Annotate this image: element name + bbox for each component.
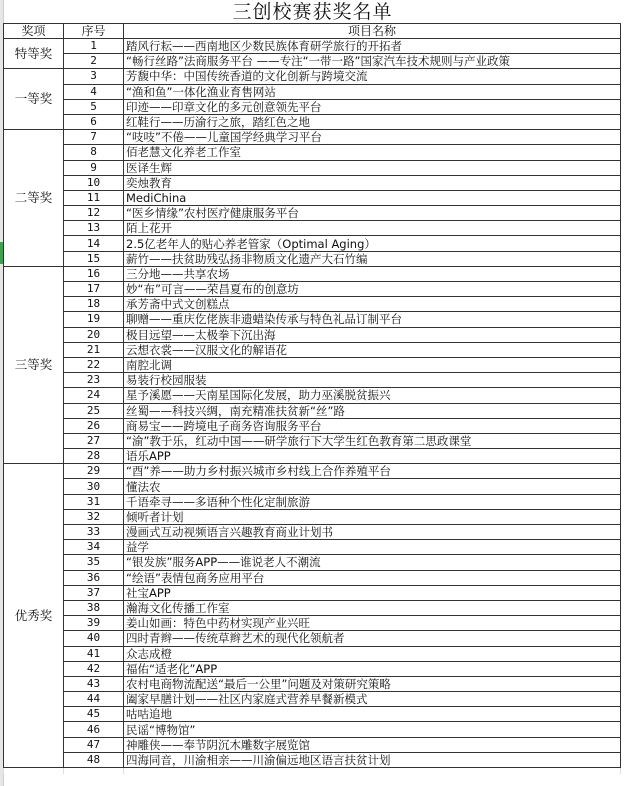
project-name-cell[interactable]: “绘语”表情包商务应用平台 xyxy=(124,570,621,585)
empty-cell[interactable] xyxy=(64,768,124,775)
seq-cell[interactable]: 40 xyxy=(64,631,124,646)
project-name-cell[interactable]: 南腔北调 xyxy=(124,357,621,372)
seq-cell[interactable]: 30 xyxy=(64,479,124,494)
table-row: 38瀚海文化传播工作室 xyxy=(4,600,621,615)
seq-cell[interactable]: 41 xyxy=(64,646,124,661)
table-row: 15薪竹——扶贫助残弘扬非物质文化遗产大石竹编 xyxy=(4,251,621,266)
seq-cell[interactable]: 37 xyxy=(64,585,124,600)
seq-cell[interactable]: 25 xyxy=(64,403,124,418)
seq-cell[interactable]: 33 xyxy=(64,525,124,540)
table-row: 48四海同音，川渝相亲——川渝偏远地区语言扶贫计划 xyxy=(4,752,621,767)
project-name-cell[interactable]: 2.5亿老年人的贴心养老管家（Optimal Aging） xyxy=(124,236,621,251)
project-name-cell[interactable]: “畅行丝路”法商服务平台 ——专注“一带一路”国家汽车技术规则与产业政策 xyxy=(124,54,621,69)
seq-cell[interactable]: 34 xyxy=(64,540,124,555)
seq-cell[interactable]: 6 xyxy=(64,114,124,129)
award-cell[interactable]: 三等奖 xyxy=(4,266,64,463)
table-row: 34益学 xyxy=(4,540,621,555)
seq-cell[interactable]: 32 xyxy=(64,509,124,524)
project-name-cell[interactable]: 千语牵寻——多语种个性化定制旅游 xyxy=(124,494,621,509)
seq-cell[interactable]: 8 xyxy=(64,145,124,160)
table-row: 17妙“布”可言——荣昌夏布的创意坊 xyxy=(4,282,621,297)
seq-cell[interactable]: 2 xyxy=(64,54,124,69)
empty-cell[interactable] xyxy=(4,768,64,775)
table-header-row: 奖项 序号 项目名称 xyxy=(4,24,621,39)
project-name-cell[interactable]: 三分地——共享农场 xyxy=(124,266,621,281)
table-row: 11MediChina xyxy=(4,190,621,205)
table-row: 27“渝”教于乐，红动中国——研学旅行下大学生红色教育第二思政课堂 xyxy=(4,433,621,448)
table-row: 2“畅行丝路”法商服务平台 ——专注“一带一路”国家汽车技术规则与产业政策 xyxy=(4,54,621,69)
table-row: 39姜山如画：特色中药材实现产业兴旺 xyxy=(4,616,621,631)
seq-cell[interactable]: 9 xyxy=(64,160,124,175)
table-row: 40四时青辫——传统草辫艺术的现代化领航者 xyxy=(4,631,621,646)
project-name-cell[interactable]: 农村电商物流配送“最后一公里”问题及对策研究策略 xyxy=(124,676,621,691)
seq-cell[interactable]: 23 xyxy=(64,373,124,388)
empty-cell[interactable] xyxy=(124,768,621,775)
project-name-cell[interactable]: 印迹——印章文化的多元创意领先平台 xyxy=(124,99,621,114)
project-name-cell[interactable]: “吱吱”不倦——儿童国学经典学习平台 xyxy=(124,130,621,145)
table-row: 30懂法农 xyxy=(4,479,621,494)
table-row: 二等奖7“吱吱”不倦——儿童国学经典学习平台 xyxy=(4,130,621,145)
project-name-cell[interactable]: “渔和鱼”一体化渔业育售网站 xyxy=(124,84,621,99)
empty-row xyxy=(4,768,621,775)
project-name-cell[interactable]: 极目远望——太极拳下沉出海 xyxy=(124,327,621,342)
project-name-cell[interactable]: 芳馥中华：中国传统香道的文化创新与跨境交流 xyxy=(124,69,621,84)
project-name-cell[interactable]: 咕咕追地 xyxy=(124,707,621,722)
project-name-cell[interactable]: “银发族”服务APP——谁说老人不潮流 xyxy=(124,555,621,570)
project-name-cell[interactable]: 语乐APP xyxy=(124,449,621,464)
project-name-cell[interactable]: 星予溪愿——天南星国际化发展，助力巫溪脱贫振兴 xyxy=(124,388,621,403)
table-row: 优秀奖29“酉”养——助力乡村振兴城市乡村线上合作养殖平台 xyxy=(4,464,621,479)
seq-cell[interactable]: 7 xyxy=(64,130,124,145)
project-name-cell[interactable]: 易装行校园服装 xyxy=(124,373,621,388)
table-row: 特等奖1踏风行耘——西南地区少数民族体育研学旅行的开拓者 xyxy=(4,39,621,54)
project-name-cell[interactable]: “酉”养——助力乡村振兴城市乡村线上合作养殖平台 xyxy=(124,464,621,479)
table-row: 45咕咕追地 xyxy=(4,707,621,722)
seq-cell[interactable]: 45 xyxy=(64,707,124,722)
seq-cell[interactable]: 44 xyxy=(64,692,124,707)
project-name-cell[interactable]: 四时青辫——传统草辫艺术的现代化领航者 xyxy=(124,631,621,646)
seq-cell[interactable]: 3 xyxy=(64,69,124,84)
project-name-cell[interactable]: 社宝APP xyxy=(124,585,621,600)
seq-cell[interactable]: 27 xyxy=(64,433,124,448)
header-award[interactable]: 奖项 xyxy=(4,24,64,39)
seq-cell[interactable]: 31 xyxy=(64,494,124,509)
award-cell[interactable]: 二等奖 xyxy=(4,130,64,267)
project-name-cell[interactable]: 医译生辉 xyxy=(124,160,621,175)
seq-cell[interactable]: 47 xyxy=(64,737,124,752)
seq-cell[interactable]: 43 xyxy=(64,676,124,691)
table-row: 一等奖3芳馥中华：中国传统香道的文化创新与跨境交流 xyxy=(4,69,621,84)
table-row: 4“渔和鱼”一体化渔业育售网站 xyxy=(4,84,621,99)
table-row: 9医译生辉 xyxy=(4,160,621,175)
seq-cell[interactable]: 1 xyxy=(64,39,124,54)
project-name-cell[interactable]: 姜山如画：特色中药材实现产业兴旺 xyxy=(124,616,621,631)
table-row: 142.5亿老年人的贴心养老管家（Optimal Aging） xyxy=(4,236,621,251)
seq-cell[interactable]: 39 xyxy=(64,616,124,631)
table-row: 23易装行校园服装 xyxy=(4,373,621,388)
seq-cell[interactable]: 12 xyxy=(64,206,124,221)
table-row: 32倾听者计划 xyxy=(4,509,621,524)
seq-cell[interactable]: 18 xyxy=(64,297,124,312)
table-row: 37社宝APP xyxy=(4,585,621,600)
table-row: 13陌上花开 xyxy=(4,221,621,236)
table-row: 42福佑“适老化”APP xyxy=(4,661,621,676)
project-name-cell[interactable]: 福佑“适老化”APP xyxy=(124,661,621,676)
table-row: 12“医乡情缘”农村医疗健康服务平台 xyxy=(4,206,621,221)
project-name-cell[interactable]: 懂法农 xyxy=(124,479,621,494)
project-name-cell[interactable]: 民谣“博物馆” xyxy=(124,722,621,737)
table-row: 36“绘语”表情包商务应用平台 xyxy=(4,570,621,585)
seq-cell[interactable]: 38 xyxy=(64,600,124,615)
seq-cell[interactable]: 5 xyxy=(64,99,124,114)
project-name-cell[interactable]: 佰老慧文化养老工作室 xyxy=(124,145,621,160)
project-name-cell[interactable]: 聊赠——重庆仡佬族非遗蜡染传承与特色礼品订制平台 xyxy=(124,312,621,327)
project-name-cell[interactable]: 阖家早膳计划——社区内家庭式营养早餐新模式 xyxy=(124,692,621,707)
seq-cell[interactable]: 16 xyxy=(64,266,124,281)
project-name-cell[interactable]: 倾听者计划 xyxy=(124,509,621,524)
project-name-cell[interactable]: MediChina xyxy=(124,190,621,205)
project-name-cell[interactable]: 妙“布”可言——荣昌夏布的创意坊 xyxy=(124,282,621,297)
project-name-cell[interactable]: “渝”教于乐，红动中国——研学旅行下大学生红色教育第二思政课堂 xyxy=(124,433,621,448)
table-row: 33漫画式互动视频语言兴趣教育商业计划书 xyxy=(4,525,621,540)
project-name-cell[interactable]: 薪竹——扶贫助残弘扬非物质文化遗产大石竹编 xyxy=(124,251,621,266)
seq-cell[interactable]: 36 xyxy=(64,570,124,585)
seq-cell[interactable]: 10 xyxy=(64,175,124,190)
project-name-cell[interactable]: 丝蜀——科技兴绸，南充精准扶贫新“丝”路 xyxy=(124,403,621,418)
seq-cell[interactable]: 26 xyxy=(64,418,124,433)
table-row: 18承芳斋中式文创糕点 xyxy=(4,297,621,312)
table-row: 24星予溪愿——天南星国际化发展，助力巫溪脱贫振兴 xyxy=(4,388,621,403)
table-row: 31千语牵寻——多语种个性化定制旅游 xyxy=(4,494,621,509)
seq-cell[interactable]: 29 xyxy=(64,464,124,479)
project-name-cell[interactable]: 瀚海文化传播工作室 xyxy=(124,600,621,615)
project-name-cell[interactable]: 众志成橙 xyxy=(124,646,621,661)
table-row: 6红鞋行——历渝行之旅，踏红色之地 xyxy=(4,114,621,129)
seq-cell[interactable]: 24 xyxy=(64,388,124,403)
seq-cell[interactable]: 21 xyxy=(64,342,124,357)
table-row: 26商易宝——跨境电子商务咨询服务平台 xyxy=(4,418,621,433)
project-name-cell[interactable]: 漫画式互动视频语言兴趣教育商业计划书 xyxy=(124,525,621,540)
award-cell[interactable]: 一等奖 xyxy=(4,69,64,130)
table-row: 41众志成橙 xyxy=(4,646,621,661)
table-row: 8佰老慧文化养老工作室 xyxy=(4,145,621,160)
project-name-cell[interactable]: 益学 xyxy=(124,540,621,555)
table-row: 21云想衣裳——汉服文化的解语花 xyxy=(4,342,621,357)
seq-cell[interactable]: 20 xyxy=(64,327,124,342)
header-seq[interactable]: 序号 xyxy=(64,24,124,39)
page-title: 三创校赛获奖名单 xyxy=(0,0,625,23)
table-row: 22南腔北调 xyxy=(4,357,621,372)
table-row: 5印迹——印章文化的多元创意领先平台 xyxy=(4,99,621,114)
table-row: 46民谣“博物馆” xyxy=(4,722,621,737)
table-body: 特等奖1踏风行耘——西南地区少数民族体育研学旅行的开拓者2“畅行丝路”法商服务平… xyxy=(4,39,621,775)
award-cell[interactable]: 优秀奖 xyxy=(4,464,64,768)
header-name[interactable]: 项目名称 xyxy=(124,24,621,39)
seq-cell[interactable]: 11 xyxy=(64,190,124,205)
table-row: 44阖家早膳计划——社区内家庭式营养早餐新模式 xyxy=(4,692,621,707)
seq-cell[interactable]: 35 xyxy=(64,555,124,570)
seq-cell[interactable]: 13 xyxy=(64,221,124,236)
seq-cell[interactable]: 14 xyxy=(64,236,124,251)
table-row: 20极目远望——太极拳下沉出海 xyxy=(4,327,621,342)
seq-cell[interactable]: 28 xyxy=(64,449,124,464)
project-name-cell[interactable]: 承芳斋中式文创糕点 xyxy=(124,297,621,312)
seq-cell[interactable]: 48 xyxy=(64,752,124,767)
seq-cell[interactable]: 15 xyxy=(64,251,124,266)
awards-table: 奖项 序号 项目名称 特等奖1踏风行耘——西南地区少数民族体育研学旅行的开拓者2… xyxy=(3,23,621,774)
seq-cell[interactable]: 22 xyxy=(64,357,124,372)
project-name-cell[interactable]: 红鞋行——历渝行之旅，踏红色之地 xyxy=(124,114,621,129)
project-name-cell[interactable]: 神雕侠——奉节阴沉木雕数字展览馆 xyxy=(124,737,621,752)
project-name-cell[interactable]: 踏风行耘——西南地区少数民族体育研学旅行的开拓者 xyxy=(124,39,621,54)
project-name-cell[interactable]: 商易宝——跨境电子商务咨询服务平台 xyxy=(124,418,621,433)
seq-cell[interactable]: 46 xyxy=(64,722,124,737)
award-cell[interactable]: 特等奖 xyxy=(4,39,64,69)
table-row: 19聊赠——重庆仡佬族非遗蜡染传承与特色礼品订制平台 xyxy=(4,312,621,327)
table-row: 35“银发族”服务APP——谁说老人不潮流 xyxy=(4,555,621,570)
table-row: 三等奖16三分地——共享农场 xyxy=(4,266,621,281)
seq-cell[interactable]: 42 xyxy=(64,661,124,676)
seq-cell[interactable]: 19 xyxy=(64,312,124,327)
table-row: 47神雕侠——奉节阴沉木雕数字展览馆 xyxy=(4,737,621,752)
seq-cell[interactable]: 17 xyxy=(64,282,124,297)
project-name-cell[interactable]: 陌上花开 xyxy=(124,221,621,236)
table-row: 28语乐APP xyxy=(4,449,621,464)
table-row: 43农村电商物流配送“最后一公里”问题及对策研究策略 xyxy=(4,676,621,691)
project-name-cell[interactable]: 四海同音，川渝相亲——川渝偏远地区语言扶贫计划 xyxy=(124,752,621,767)
project-name-cell[interactable]: 云想衣裳——汉服文化的解语花 xyxy=(124,342,621,357)
seq-cell[interactable]: 4 xyxy=(64,84,124,99)
table-row: 25丝蜀——科技兴绸，南充精准扶贫新“丝”路 xyxy=(4,403,621,418)
project-name-cell[interactable]: “医乡情缘”农村医疗健康服务平台 xyxy=(124,206,621,221)
project-name-cell[interactable]: 奕烛教育 xyxy=(124,175,621,190)
table-row: 10奕烛教育 xyxy=(4,175,621,190)
